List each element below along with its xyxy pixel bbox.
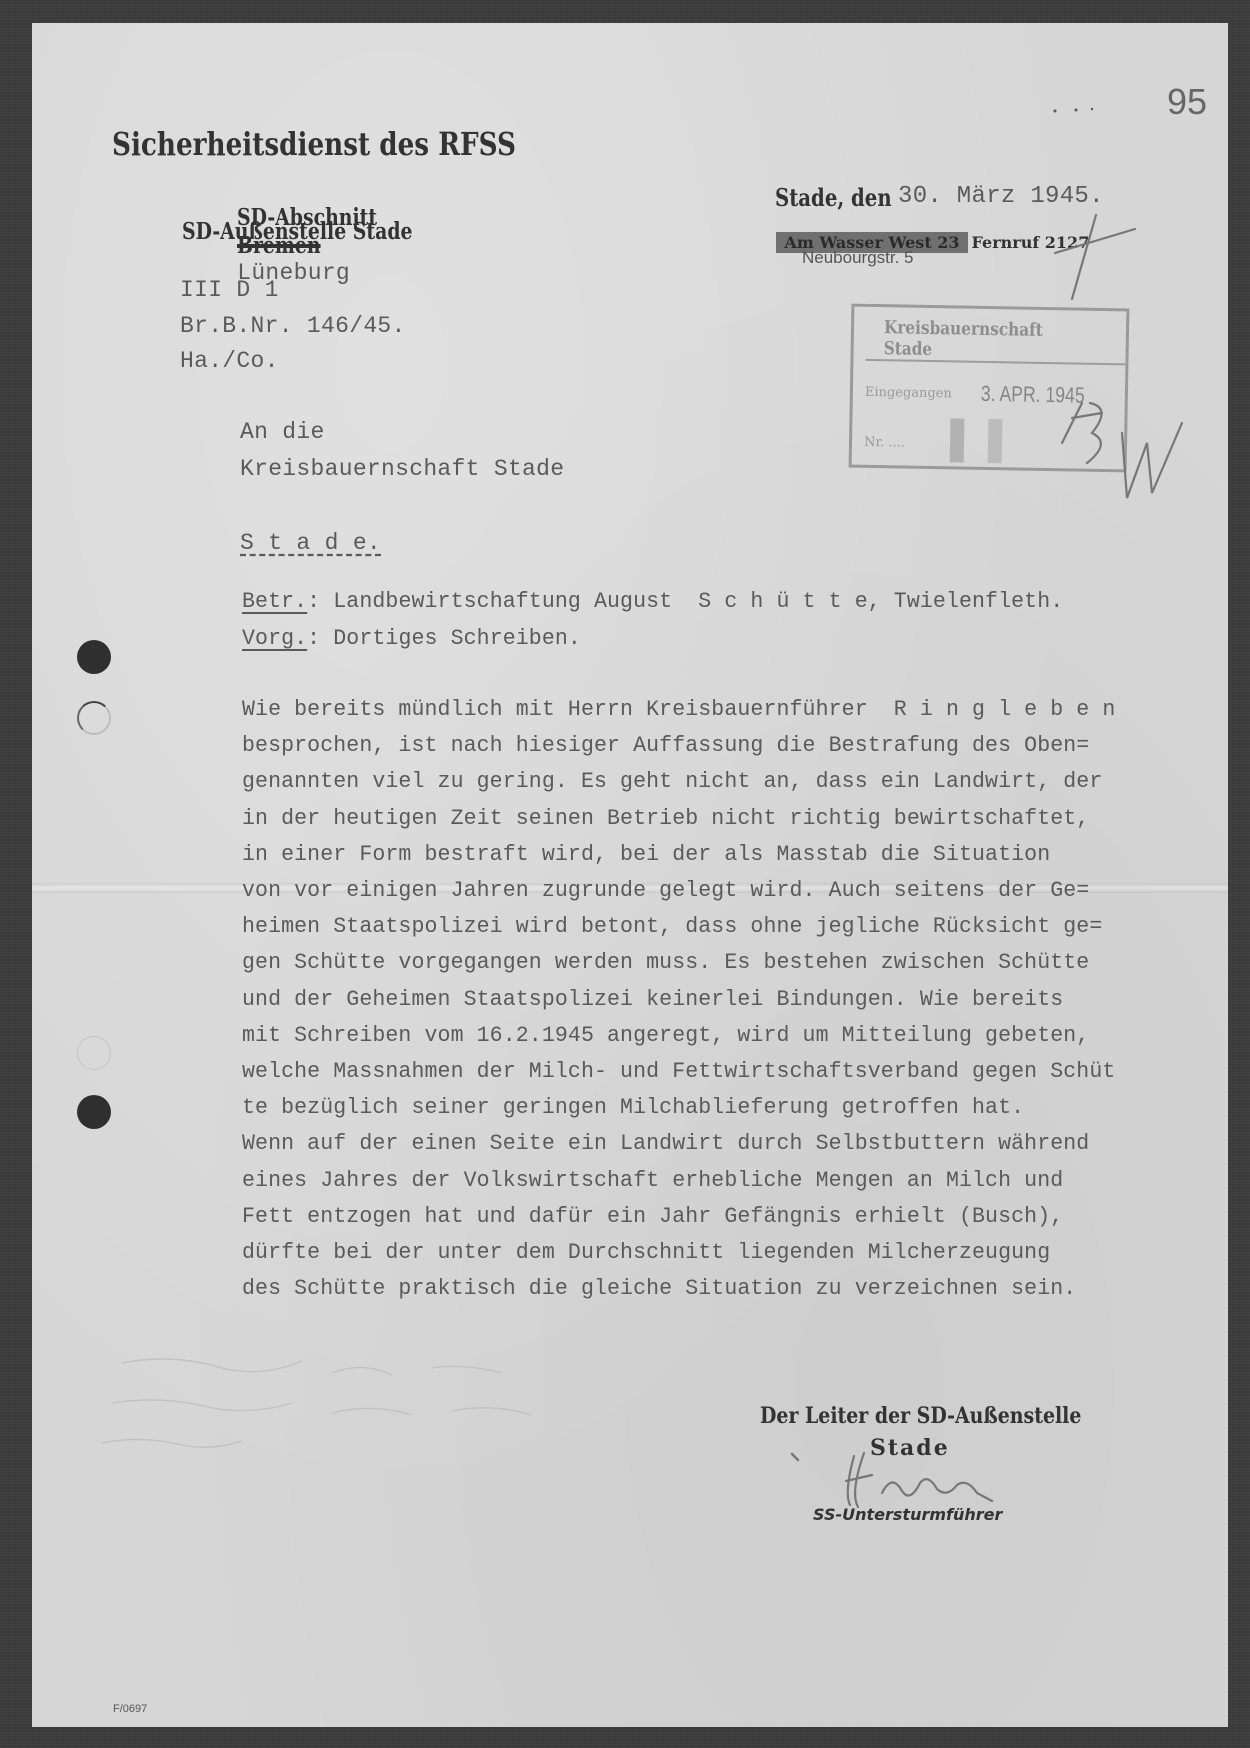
pencil-cross-mark [1072, 215, 1096, 299]
handwritten-initial [1122, 423, 1182, 498]
signature-scrawl [846, 1453, 992, 1507]
handwriting-overlay [32, 23, 1228, 1727]
handwritten-number [1062, 403, 1102, 463]
faint-pencil-note [122, 1359, 502, 1375]
document-page: 95 Sicherheitsdienst des RFSS SD-Abschni… [32, 23, 1228, 1727]
